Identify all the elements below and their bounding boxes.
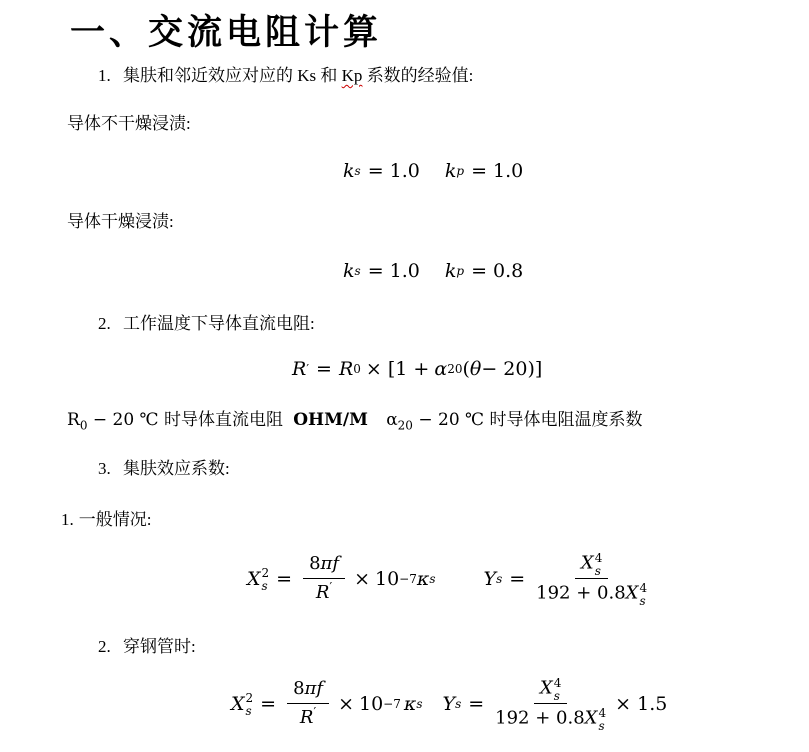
var-R0: R [339,358,353,380]
sub-20: 20 [398,418,413,432]
factor-1-5: × 1.5 [615,693,667,715]
x-squared-sub-s: 2s [246,692,254,717]
sub-20: 20 [447,363,462,375]
var-pi: π [305,678,317,699]
var-theta: θ [470,358,481,380]
equals-sign: = [468,693,484,715]
sub-item-2: 2.穿钢管时: [98,635,196,659]
sub1-number: 1. [61,508,74,532]
sup-4: 4 [595,552,603,565]
sub-s: s [599,720,605,733]
fraction-8pif-over-R: 8πf R′ [303,553,345,604]
formula-skin-steel-pipe: X2s = 8πf R′ × 10−7κs Ys = X4s 192 + 0.8… [231,676,667,731]
sub-s: s [595,565,601,578]
sub-s: s [640,595,646,608]
sub-0: 0 [353,363,361,375]
sub-s: s [554,690,560,703]
label-wet-impregnated: 导体不干燥浸渍: [67,112,191,136]
equals-sign: = [509,568,525,590]
sub2-text: 穿钢管时: [123,637,196,656]
item3-text: 集肤效应系数: [123,459,230,478]
formula-ks-kp-wet: ks = 1.0 kp = 1.0 [343,160,530,182]
base-10: 10 [375,568,399,590]
sub-s: s [355,265,361,277]
list-item-1: 1.集肤和邻近效应对应的 Ks 和 Kp 系数的经验值: [98,64,473,88]
x-4-sub-s: 4s [599,707,607,732]
denominator: R′ [300,704,316,730]
var-kappa: κ [404,693,416,715]
var-f: f [316,678,323,699]
minus-20c: − 20 ℃ [87,410,164,430]
var-R: R [292,358,306,380]
fraction-Ys: X4s 192 + 0.8X4s [536,551,647,606]
numerator: 8πf [287,678,329,704]
var-k: k [445,160,457,182]
sub-p: p [456,165,464,177]
paren-open: ( [462,358,469,380]
const-192-08: 192 + 0.8 [536,583,626,604]
equals-sign: = [260,693,276,715]
prime-mark: ′ [306,363,309,375]
equals-sign: = [276,568,292,590]
numerator: X4s [575,551,608,579]
note-text-dc: 时导体直流电阻 [164,410,283,429]
note-text-temp-coeff: 时导体电阻温度系数 [489,410,642,429]
value-ks: = 1.0 [368,160,420,182]
var-k: k [343,160,355,182]
sub-s: s [262,580,268,593]
var-Y: Y [443,693,456,715]
denominator: 192 + 0.8X4s [536,579,647,606]
sub-s: s [246,705,252,718]
prime-mark: ′ [329,580,332,594]
x-4-sub-s: 4s [554,677,562,702]
var-R: R [300,707,314,728]
var-Y: Y [484,568,497,590]
numerator: X4s [534,676,567,704]
digit-8: 8 [293,678,304,699]
var-R0: R [67,410,80,430]
var-X: X [540,678,553,699]
item1-text-post: 系数的经验值: [362,66,473,85]
sub1-text: 一般情况: [79,510,152,529]
x-4-sub-s: 4s [595,552,603,577]
sub-s: s [455,698,461,710]
sub-s: s [429,573,435,585]
item1-number: 1. [98,64,112,88]
formula-skin-general: X2s = 8πf R′ × 10−7κs Ys = X4s 192 + 0.8… [247,551,651,606]
formula-dc-resistance: R′ = R0 × [1 + α20(θ − 20)] [292,358,542,380]
minus-20c: − 20 ℃ [413,410,490,430]
value-kp: = 1.0 [471,160,523,182]
var-pi: π [321,553,333,574]
sub-p: p [456,265,464,277]
sub2-number: 2. [98,635,112,659]
value-kp: = 0.8 [471,260,523,282]
times-sign: × [354,568,370,590]
denominator: 192 + 0.8X4s [495,704,606,731]
sup-2: 2 [262,567,270,580]
exp-minus-7: −7 [383,698,401,710]
sup-4: 4 [599,707,607,720]
equals-sign: = [316,358,332,380]
var-kappa: κ [417,568,429,590]
sup-2: 2 [246,692,254,705]
label-dry-impregnated: 导体干燥浸渍: [67,210,174,234]
item1-kp-misspelled: Kp [342,66,363,85]
unit-ohm-per-m: OHM/M [293,410,368,430]
var-k: k [445,260,457,282]
item3-number: 3. [98,457,112,481]
denominator: R′ [316,579,332,605]
sup-4: 4 [640,582,648,595]
list-item-2: 2.工作温度下导体直流电阻: [98,312,315,336]
sub-s: s [416,698,422,710]
var-alpha: α [434,358,447,380]
base-10: 10 [359,693,383,715]
var-X: X [581,553,594,574]
fraction-Ys: X4s 192 + 0.8X4s [495,676,606,731]
x-squared-sub-s: 2s [262,567,270,592]
var-X: X [626,583,639,604]
formula-ks-kp-dry: ks = 1.0 kp = 0.8 [343,260,530,282]
sub-s: s [496,573,502,585]
const-192-08: 192 + 0.8 [495,708,585,729]
item2-number: 2. [98,312,112,336]
times-bracket: × [1 + [366,358,429,380]
var-X: X [247,568,261,590]
var-k: k [343,260,355,282]
sub-item-1: 1.一般情况: [61,508,151,532]
times-sign: × [338,693,354,715]
item2-text: 工作温度下导体直流电阻: [123,314,315,333]
var-X: X [231,693,245,715]
document-page: 一、交流电阻计算 1.集肤和邻近效应对应的 Ks 和 Kp 系数的经验值: 导体… [0,0,809,752]
minus-20-close: − 20)] [481,358,542,380]
numerator: 8πf [303,553,345,579]
exp-minus-7: −7 [399,573,417,585]
sub-s: s [355,165,361,177]
var-R: R [316,582,330,603]
page-title: 一、交流电阻计算 [70,14,382,53]
var-alpha20: α [386,410,397,430]
digit-8: 8 [309,553,320,574]
x-4-sub-s: 4s [640,582,648,607]
var-X: X [585,708,598,729]
note-line: R0 − 20 ℃ 时导体直流电阻 OHM/M α20 − 20 ℃ 时导体电阻… [67,408,642,434]
list-item-3: 3.集肤效应系数: [98,457,230,481]
sup-4: 4 [554,677,562,690]
value-ks: = 1.0 [368,260,420,282]
fraction-8pif-over-R: 8πf R′ [287,678,329,729]
item1-text-pre: 集肤和邻近效应对应的 Ks 和 [123,66,342,85]
var-f: f [332,553,339,574]
prime-mark: ′ [313,705,316,719]
